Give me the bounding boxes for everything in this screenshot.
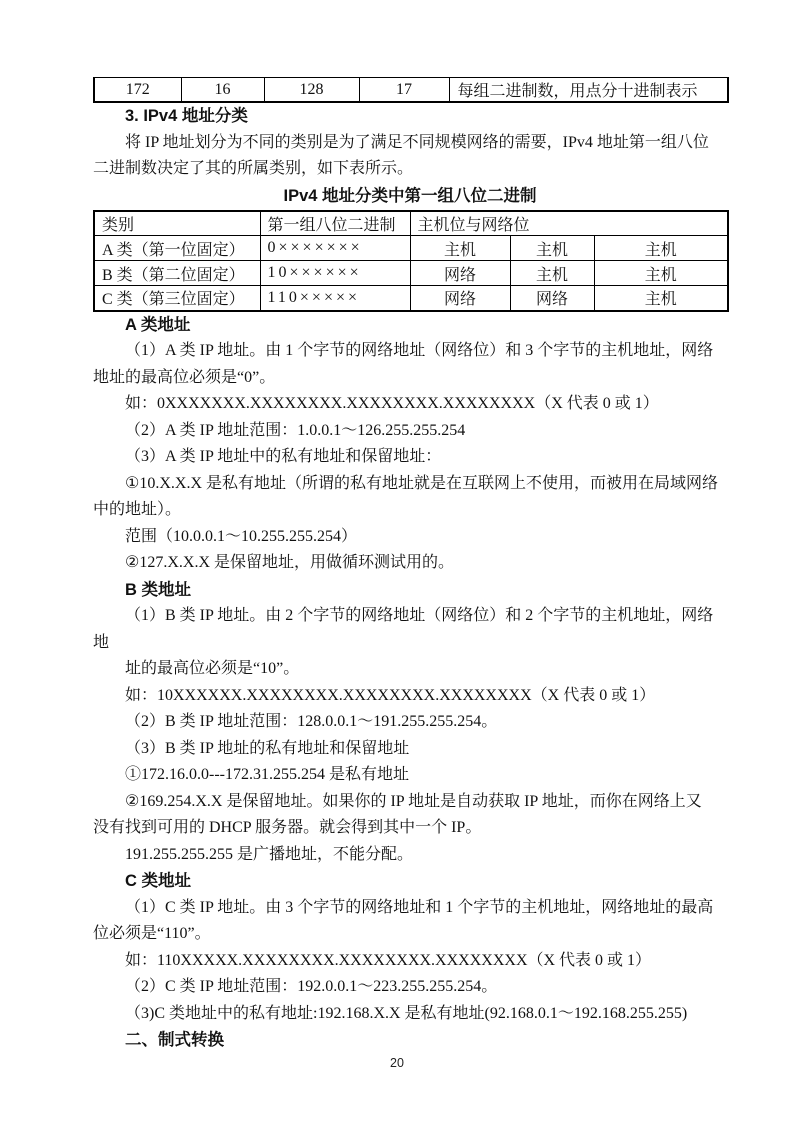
class-name-cell: B 类（第二位固定） (94, 261, 260, 286)
binary-pattern-cell: 110××××× (260, 286, 410, 311)
text-line: 中的地址）。 (93, 497, 727, 524)
octet-role-cell: 主机 (594, 261, 728, 286)
text-line: （2）A 类 IP 地址范围：1.0.0.1～126.255.255.254 (93, 418, 727, 445)
text-line: 如：10XXXXXX.XXXXXXXX.XXXXXXXX.XXXXXXXX（X … (93, 683, 727, 710)
text-line: 没有找到可用的 DHCP 服务器。就会得到其中一个 IP。 (93, 815, 727, 842)
paragraph-line: 二进制数决定了其的所属类别，如下表所示。 (93, 156, 727, 183)
binary-pattern-cell: 0××××××× (260, 236, 410, 261)
octet-role-cell: 主机 (594, 286, 728, 311)
table-header-row: 类别 第一组八位二进制 主机位与网络位 (94, 211, 728, 236)
text-line: （1）C 类 IP 地址。由 3 个字节的网络地址和 1 个字节的主机地址，网络… (93, 895, 727, 922)
text-line: 位必须是“110”。 (93, 921, 727, 948)
octet-role-cell: 网络 (410, 286, 510, 311)
header-cell-first-octet: 第一组八位二进制 (260, 211, 410, 236)
text-line: 191.255.255.255 是广播地址，不能分配。 (93, 842, 727, 869)
table-row: 172 16 128 17 每组二进制数，用点分十进制表示 (94, 78, 728, 103)
class-table-title: IPv4 地址分类中第一组八位二进制 (93, 183, 727, 210)
text-line: 地 (93, 630, 727, 657)
octet-cell: 16 (181, 78, 264, 103)
text-line: （1）B 类 IP 地址。由 2 个字节的网络地址（网络位）和 2 个字节的主机… (93, 603, 727, 630)
section-heading: B 类地址 (93, 577, 727, 604)
text-line: ①172.16.0.0---172.31.255.254 是私有地址 (93, 762, 727, 789)
text-line: 如：0XXXXXXX.XXXXXXXX.XXXXXXXX.XXXXXXXX（X … (93, 391, 727, 418)
page-number: 20 (0, 1056, 794, 1070)
text-line: （1）A 类 IP 地址。由 1 个字节的网络地址（网络位）和 3 个字节的主机… (93, 338, 727, 365)
section-heading: 二、制式转换 (93, 1027, 727, 1054)
text-line: ②169.254.X.X 是保留地址。如果你的 IP 地址是自动获取 IP 地址… (93, 789, 727, 816)
header-cell-class: 类别 (94, 211, 260, 236)
class-name-cell: C 类（第三位固定） (94, 286, 260, 311)
table-row-class-c: C 类（第三位固定） 110××××× 网络 网络 主机 (94, 286, 728, 311)
section-heading-ipv4-classification: 3. IPv4 地址分类 (93, 103, 727, 130)
table-row-class-a: A 类（第一位固定） 0××××××× 主机 主机 主机 (94, 236, 728, 261)
text-line: ①10.X.X.X 是私有地址（所谓的私有地址就是在互联网上不使用，而被用在局域… (93, 471, 727, 498)
section-heading: C 类地址 (93, 868, 727, 895)
document-page: 172 16 128 17 每组二进制数，用点分十进制表示 3. IPv4 地址… (0, 0, 794, 1123)
octet-role-cell: 网络 (510, 286, 594, 311)
text-line: 范围（10.0.0.1～10.255.255.254） (93, 524, 727, 551)
class-name-cell: A 类（第一位固定） (94, 236, 260, 261)
text-line: 址的最高位必须是“10”。 (93, 656, 727, 683)
octet-role-cell: 主机 (410, 236, 510, 261)
paragraph-line: 将 IP 地址划分为不同的类别是为了满足不同规模网络的需要，IPv4 地址第一组… (93, 130, 727, 157)
octet-cell: 17 (359, 78, 449, 103)
text-line: 地址的最高位必须是“0”。 (93, 365, 727, 392)
text-line: （3）B 类 IP 地址的私有地址和保留地址 (93, 736, 727, 763)
binary-to-decimal-table: 172 16 128 17 每组二进制数，用点分十进制表示 (93, 77, 729, 103)
text-line: （3)C 类地址中的私有地址:192.168.X.X 是私有地址(92.168.… (93, 1001, 727, 1028)
octet-role-cell: 主机 (594, 236, 728, 261)
header-cell-host-network: 主机位与网络位 (410, 211, 728, 236)
octet-role-cell: 主机 (510, 236, 594, 261)
table-row-class-b: B 类（第二位固定） 10×××××× 网络 主机 主机 (94, 261, 728, 286)
octet-role-cell: 主机 (510, 261, 594, 286)
octet-cell: 128 (264, 78, 359, 103)
description-cell: 每组二进制数，用点分十进制表示 (449, 78, 728, 103)
text-line: ②127.X.X.X 是保留地址，用做循环测试用的。 (93, 550, 727, 577)
text-line: （3）A 类 IP 地址中的私有地址和保留地址： (93, 444, 727, 471)
page-content: 172 16 128 17 每组二进制数，用点分十进制表示 3. IPv4 地址… (93, 77, 727, 1054)
text-line: 如：110XXXXX.XXXXXXXX.XXXXXXXX.XXXXXXXX（X … (93, 948, 727, 975)
ipv4-class-table: 类别 第一组八位二进制 主机位与网络位 A 类（第一位固定） 0××××××× … (93, 210, 729, 312)
section-heading: A 类地址 (93, 312, 727, 339)
text-line: （2）C 类 IP 地址范围：192.0.0.1～223.255.255.254… (93, 974, 727, 1001)
text-line: （2）B 类 IP 地址范围：128.0.0.1～191.255.255.254… (93, 709, 727, 736)
binary-pattern-cell: 10×××××× (260, 261, 410, 286)
octet-cell: 172 (94, 78, 181, 103)
body-text: A 类地址（1）A 类 IP 地址。由 1 个字节的网络地址（网络位）和 3 个… (93, 312, 727, 1054)
octet-role-cell: 网络 (410, 261, 510, 286)
